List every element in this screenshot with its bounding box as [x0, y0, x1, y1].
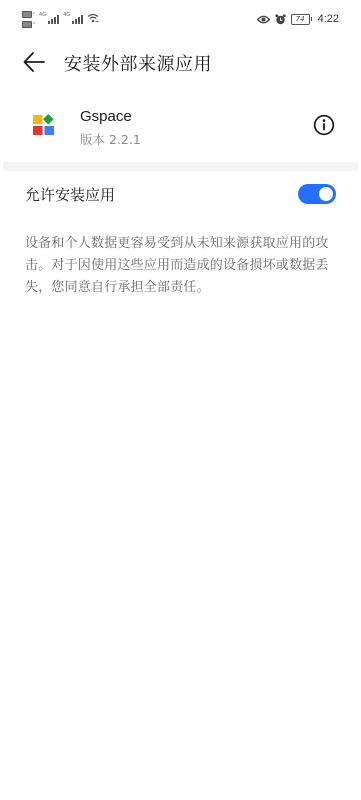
signal-4g-icon: 4G	[39, 12, 59, 24]
allow-install-row[interactable]: 允许安装应用	[0, 176, 361, 212]
battery-level: 74	[291, 14, 310, 25]
header: 安装外部来源应用	[0, 40, 361, 84]
toggle-knob	[319, 187, 333, 201]
allow-install-label: 允许安装应用	[25, 184, 115, 205]
alarm-icon	[275, 14, 286, 25]
hd-icon: ¹	[22, 11, 35, 18]
app-version: 版本 2.2.1	[80, 130, 141, 148]
eye-icon	[257, 15, 270, 24]
status-right: 74 4:22	[257, 13, 339, 25]
allow-install-toggle[interactable]	[298, 184, 336, 204]
wifi-icon	[87, 13, 99, 23]
signal-tag: 4G	[63, 12, 70, 18]
app-name: Gspace	[80, 108, 132, 125]
status-left: ¹ ² 4G 4G	[22, 11, 99, 28]
arrow-left-icon[interactable]	[22, 50, 48, 74]
signal-tag: 4G	[39, 12, 46, 18]
battery-icon: 74	[291, 14, 312, 25]
status-bar: ¹ ² 4G 4G	[0, 0, 361, 34]
signal-4g-icon: 4G	[63, 12, 83, 24]
hd-icon: ²	[22, 21, 35, 28]
info-circle-icon[interactable]	[313, 114, 335, 136]
section-divider	[3, 162, 358, 171]
gspace-app-icon	[33, 114, 55, 136]
app-info-row: Gspace 版本 2.2.1	[0, 100, 361, 152]
page-title: 安装外部来源应用	[64, 50, 212, 76]
screen: ¹ ² 4G 4G	[0, 0, 361, 800]
warning-description: 设备和个人数据更容易受到从未知来源获取应用的攻击。对于因使用这些应用而造成的设备…	[25, 233, 343, 299]
clock: 4:22	[318, 13, 339, 25]
hd-indicators: ¹ ²	[22, 11, 35, 28]
